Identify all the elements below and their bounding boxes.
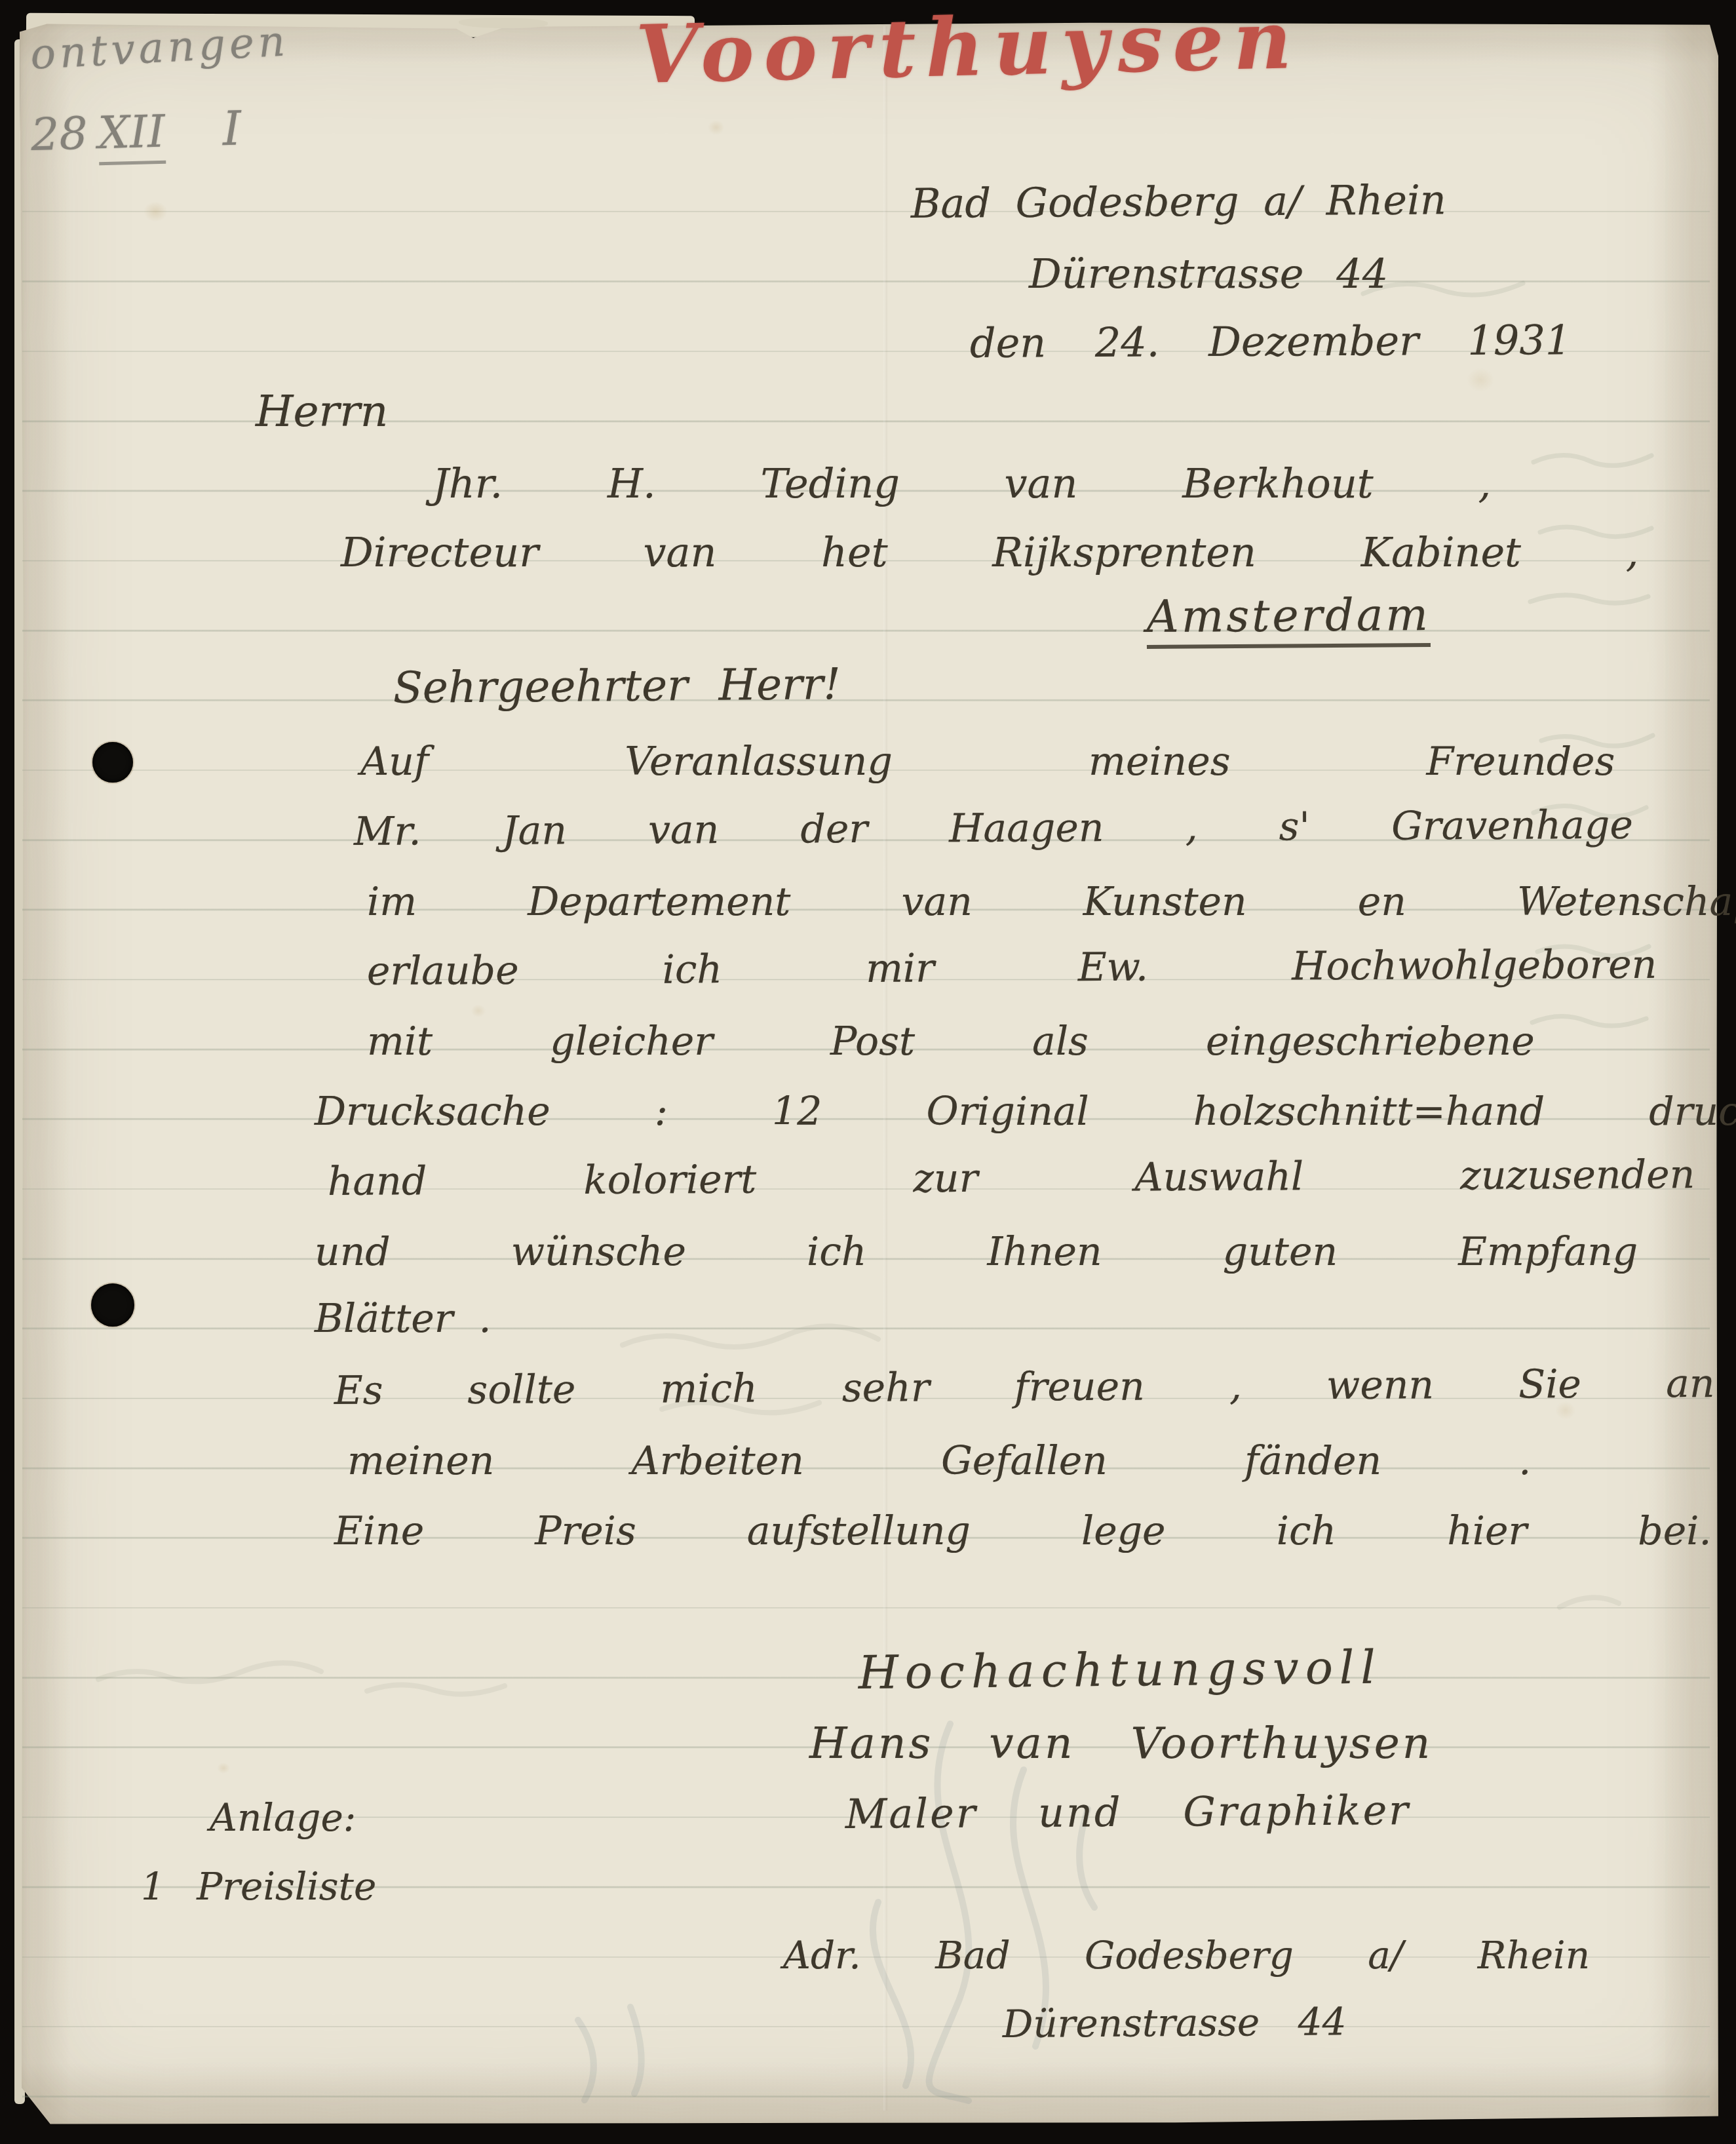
body-line: im Departement van Kunsten en Wetenschap… [367,882,1736,922]
enclosure-item: 1 Preisliste [141,1867,376,1905]
red-crayon-name: Voorthuysen [635,0,1302,94]
footer-address-line2: Dürenstrasse 44 [1003,2002,1347,2043]
punch-hole-top [92,742,133,783]
footer-address-line1: Adr. Bad Godesberg a/ Rhein [783,1936,1590,1974]
body-line: Es sollte mich sehr freuen , wenn Sie an [334,1364,1715,1411]
recipient-honorific: Herrn [256,390,388,433]
punch-hole-bottom [91,1283,134,1327]
pencil-date-note: 28XIII [30,105,242,158]
pencil-date-month-roman: XII [98,106,166,166]
body-line: erlaube ich mir Ew. Hochwohlgeboren [367,945,1657,991]
pencil-numeral-one: I [222,101,242,157]
salutation-line: Sehrgeehrter Herr! [393,663,841,710]
recipient-city-underlined: Amsterdam [1146,593,1431,649]
recipient-title-line: Directeur van het Rijksprenten Kabinet , [341,532,1638,573]
enclosure-label: Anlage: [210,1799,356,1837]
pencil-date-day: 28 [30,108,88,161]
body-line: meinen Arbeiten Gefallen fänden . [347,1441,1531,1481]
scanned-letter-canvas: ontvangen 28XIII Voorthuysen Bad Godesbe… [0,0,1736,2144]
letter-date-line: den 24. Dezember 1931 [970,320,1572,364]
body-line: Auf Veranlassung meines Freundes [360,742,1615,781]
signature-role-line: Maler und Graphiker [845,1790,1410,1835]
body-line: Eine Preis aufstellung lege ich hier bei… [334,1511,1711,1551]
sender-place-line: Bad Godesberg a/ Rhein [911,180,1446,224]
body-line: hand koloriert zur Auswahl zuzusenden [328,1155,1695,1201]
body-line: Mr. Jan van der Haagen , s' Gravenhage [354,806,1633,851]
signature-name: Hans van Voorthuysen [809,1722,1433,1765]
body-line: und wünsche ich Ihnen guten Empfang der [315,1232,1736,1272]
body-line: Blätter . [315,1299,492,1338]
pencil-received-note: ontvangen [29,20,290,76]
body-line: mit gleicher Post als eingeschriebene [367,1022,1535,1061]
body-line: Drucksache : 12 Original holzschnitt=han… [315,1092,1736,1131]
valediction-line: Hochachtungsvoll [858,1645,1382,1696]
sender-street-line: Dürenstrasse 44 [1029,254,1388,294]
recipient-name-line: Jhr. H. Teding van Berkhout , [433,463,1491,504]
